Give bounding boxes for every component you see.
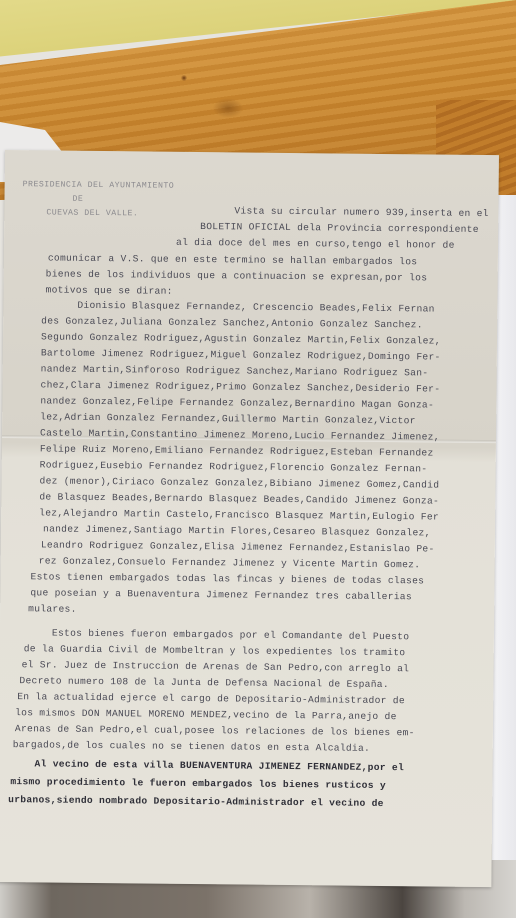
body-line: Felipe Ruiz Moreno,Emiliano Fernandez Ro… xyxy=(40,443,434,458)
body-line: Arenas de San Pedro,el cual,posee los re… xyxy=(15,723,415,738)
body-line: comunicar a V.S. que en este termino se … xyxy=(48,252,418,267)
body-line: Rodriguez,Eusebio Fernandez Rodriguez,Fl… xyxy=(40,459,428,474)
body-line: mulares. xyxy=(28,603,77,615)
body-line: nandez Martin,Sinforoso Rodriguez Sanche… xyxy=(41,363,429,378)
body-line: de Blasquez Beades,Bernardo Blasquez Bea… xyxy=(39,491,439,506)
body-line: dez (menor),Ciriaco Gonzalez Gonzalez,Bi… xyxy=(39,475,439,490)
body-line: BOLETIN OFICIAL dela Provincia correspon… xyxy=(200,221,479,235)
body-line: bienes de los individuos que a continuac… xyxy=(46,268,428,283)
body-line: Dionisio Blasquez Fernandez, Crescencio … xyxy=(77,300,434,315)
body-line: Decreto numero 108 de la Junta de Defens… xyxy=(19,675,389,690)
body-line: des Gonzalez,Juliana Gonzalez Sanchez,An… xyxy=(41,315,423,330)
body-line: Estos bienes fueron embargados por el Co… xyxy=(52,628,409,643)
body-line: Estos tienen embargados todas las fincas… xyxy=(30,571,424,586)
body-line: rez Gonzalez,Consuelo Fernandez Jimenez … xyxy=(39,555,421,570)
body-line: al dia doce del mes en curso,tengo el ho… xyxy=(176,237,455,251)
body-line: de la Guardia Civil de Mombeltran y los … xyxy=(24,643,406,658)
body-line: urbanos,siendo nombrado Depositario-Admi… xyxy=(8,794,384,809)
body-line: Vista su circular numero 939,inserta en … xyxy=(234,205,489,219)
body-line: el Sr. Juez de Instruccion de Arenas de … xyxy=(22,659,410,674)
body-line: que poseian y a Buenaventura Jimenez Fer… xyxy=(30,587,412,602)
body-line: mismo procedimiento le fueron embargados… xyxy=(10,776,386,791)
body-line: nandez Gonzalez,Felipe Fernandez Gonzale… xyxy=(40,395,434,410)
body-line: Leandro Rodriguez Gonzalez,Elisa Jimenez… xyxy=(41,539,435,554)
body-line: lez,Alejandro Martin Castelo,Francisco B… xyxy=(39,507,439,522)
body-line: lez,Adrian Gonzalez Fernandez,Guillermo … xyxy=(40,411,416,426)
body-line: Bartolome Jimenez Rodriguez,Miguel Gonza… xyxy=(41,347,441,362)
document-body: Vista su circular numero 939,inserta en … xyxy=(0,150,499,595)
body-line: Al vecino de esta villa BUENAVENTURA JIM… xyxy=(35,758,405,773)
body-line: los mismos DON MANUEL MORENO MENDEZ,veci… xyxy=(15,707,397,722)
body-line: motivos que se diran: xyxy=(45,284,172,296)
body-line: chez,Clara Jimenez Rodriguez,Primo Gonza… xyxy=(40,379,440,394)
body-line: bargados,de los cuales no se tienen dato… xyxy=(13,739,370,754)
body-line: Segundo Gonzalez Rodriguez,Agustin Gonza… xyxy=(41,331,441,346)
typewritten-document: PRESIDENCIA DEL AYUNTAMIENTO DE CUEVAS D… xyxy=(0,150,499,887)
body-line: Castelo Martin,Constantino Jimenez Moren… xyxy=(40,427,440,442)
body-line: En la actualidad ejerce el cargo de Depo… xyxy=(17,691,405,706)
body-line: nandez Jimenez,Santiago Martin Flores,Ce… xyxy=(43,523,431,538)
